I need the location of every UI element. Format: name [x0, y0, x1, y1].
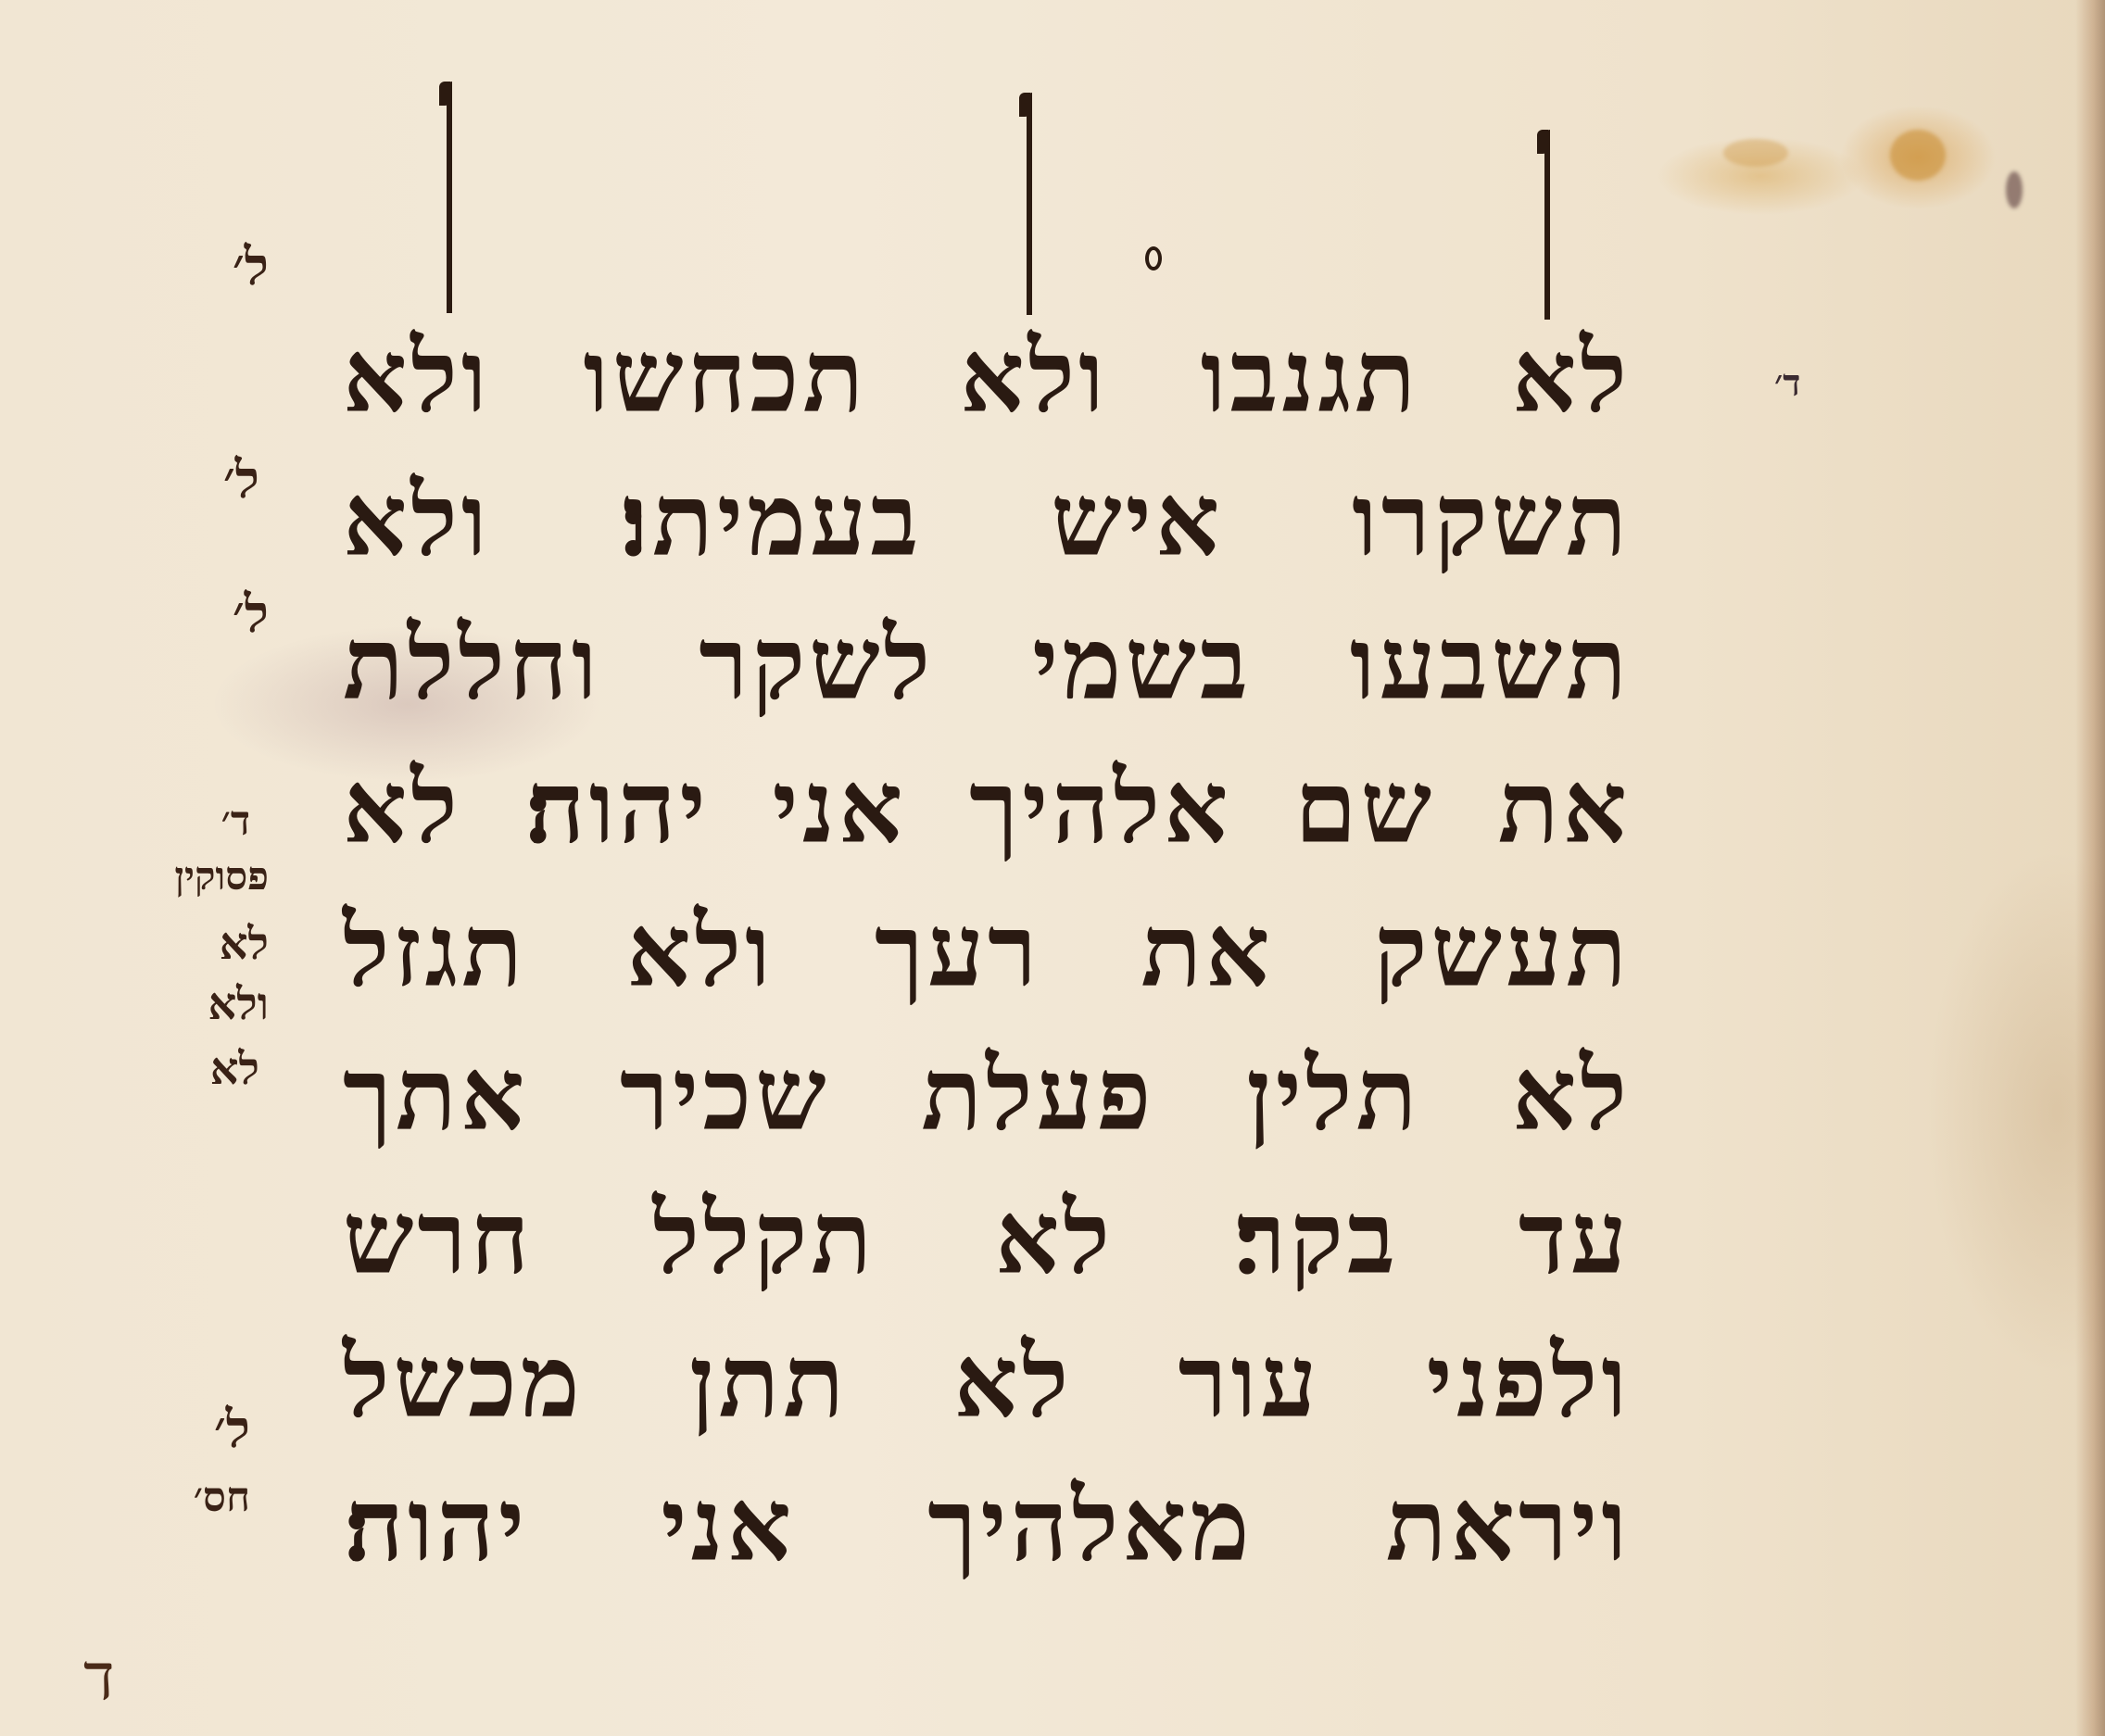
text-line: ויראת מאלהיך אני יהוה׃ — [343, 1454, 1631, 1598]
masorah-note: לא — [220, 922, 269, 966]
page-fold-edge — [2075, 0, 2105, 1736]
masorah-note: חס׳ — [194, 1478, 250, 1518]
stain-spot — [1723, 139, 1788, 167]
lamed-ascender — [447, 82, 452, 313]
text-line: תשבעו בשמי לשקר וחללת — [343, 593, 1631, 736]
text-line: את שם אלהיך אני יהוה׃ לא — [343, 736, 1631, 880]
lamed-ascender — [1027, 93, 1032, 315]
text-line: תשקרו איש בעמיתו׃ ולא — [343, 449, 1631, 593]
masorah-note: ל׳ — [233, 588, 269, 640]
masorah-note-right: ד׳ — [1774, 361, 1800, 405]
text-line: לא תלין פעלת שכיר אתך — [343, 1024, 1631, 1167]
stain-spot — [2006, 171, 2023, 208]
lamed-ascender — [1544, 130, 1550, 320]
text-line: ולפני עור לא תתן מכשל — [343, 1311, 1631, 1454]
masorah-note: ד׳ — [221, 801, 250, 842]
parchment-page: לא תגנבו ולא תכחשו ולא תשקרו איש בעמיתו׃… — [0, 0, 2105, 1736]
text-line: לא תגנבו ולא תכחשו ולא — [343, 306, 1631, 449]
masora-circlet — [1145, 246, 1162, 270]
masorah-note: ל׳ — [233, 241, 269, 293]
masorah-note: ל׳ — [214, 1403, 250, 1455]
corner-mark: ד — [83, 1644, 115, 1709]
masorah-note: ל׳ — [223, 454, 259, 506]
stain-spot — [1890, 130, 1946, 181]
text-line: עד בקר׃ לא תקלל חרש — [343, 1167, 1631, 1311]
main-text-column: לא תגנבו ולא תכחשו ולא תשקרו איש בעמיתו׃… — [343, 306, 1631, 1598]
masorah-note: פסוקין — [174, 857, 269, 896]
masorah-note: ולא — [208, 982, 269, 1026]
masorah-note: לא — [210, 1047, 259, 1091]
text-line: תעשק את רעך ולא תגזל — [343, 880, 1631, 1024]
